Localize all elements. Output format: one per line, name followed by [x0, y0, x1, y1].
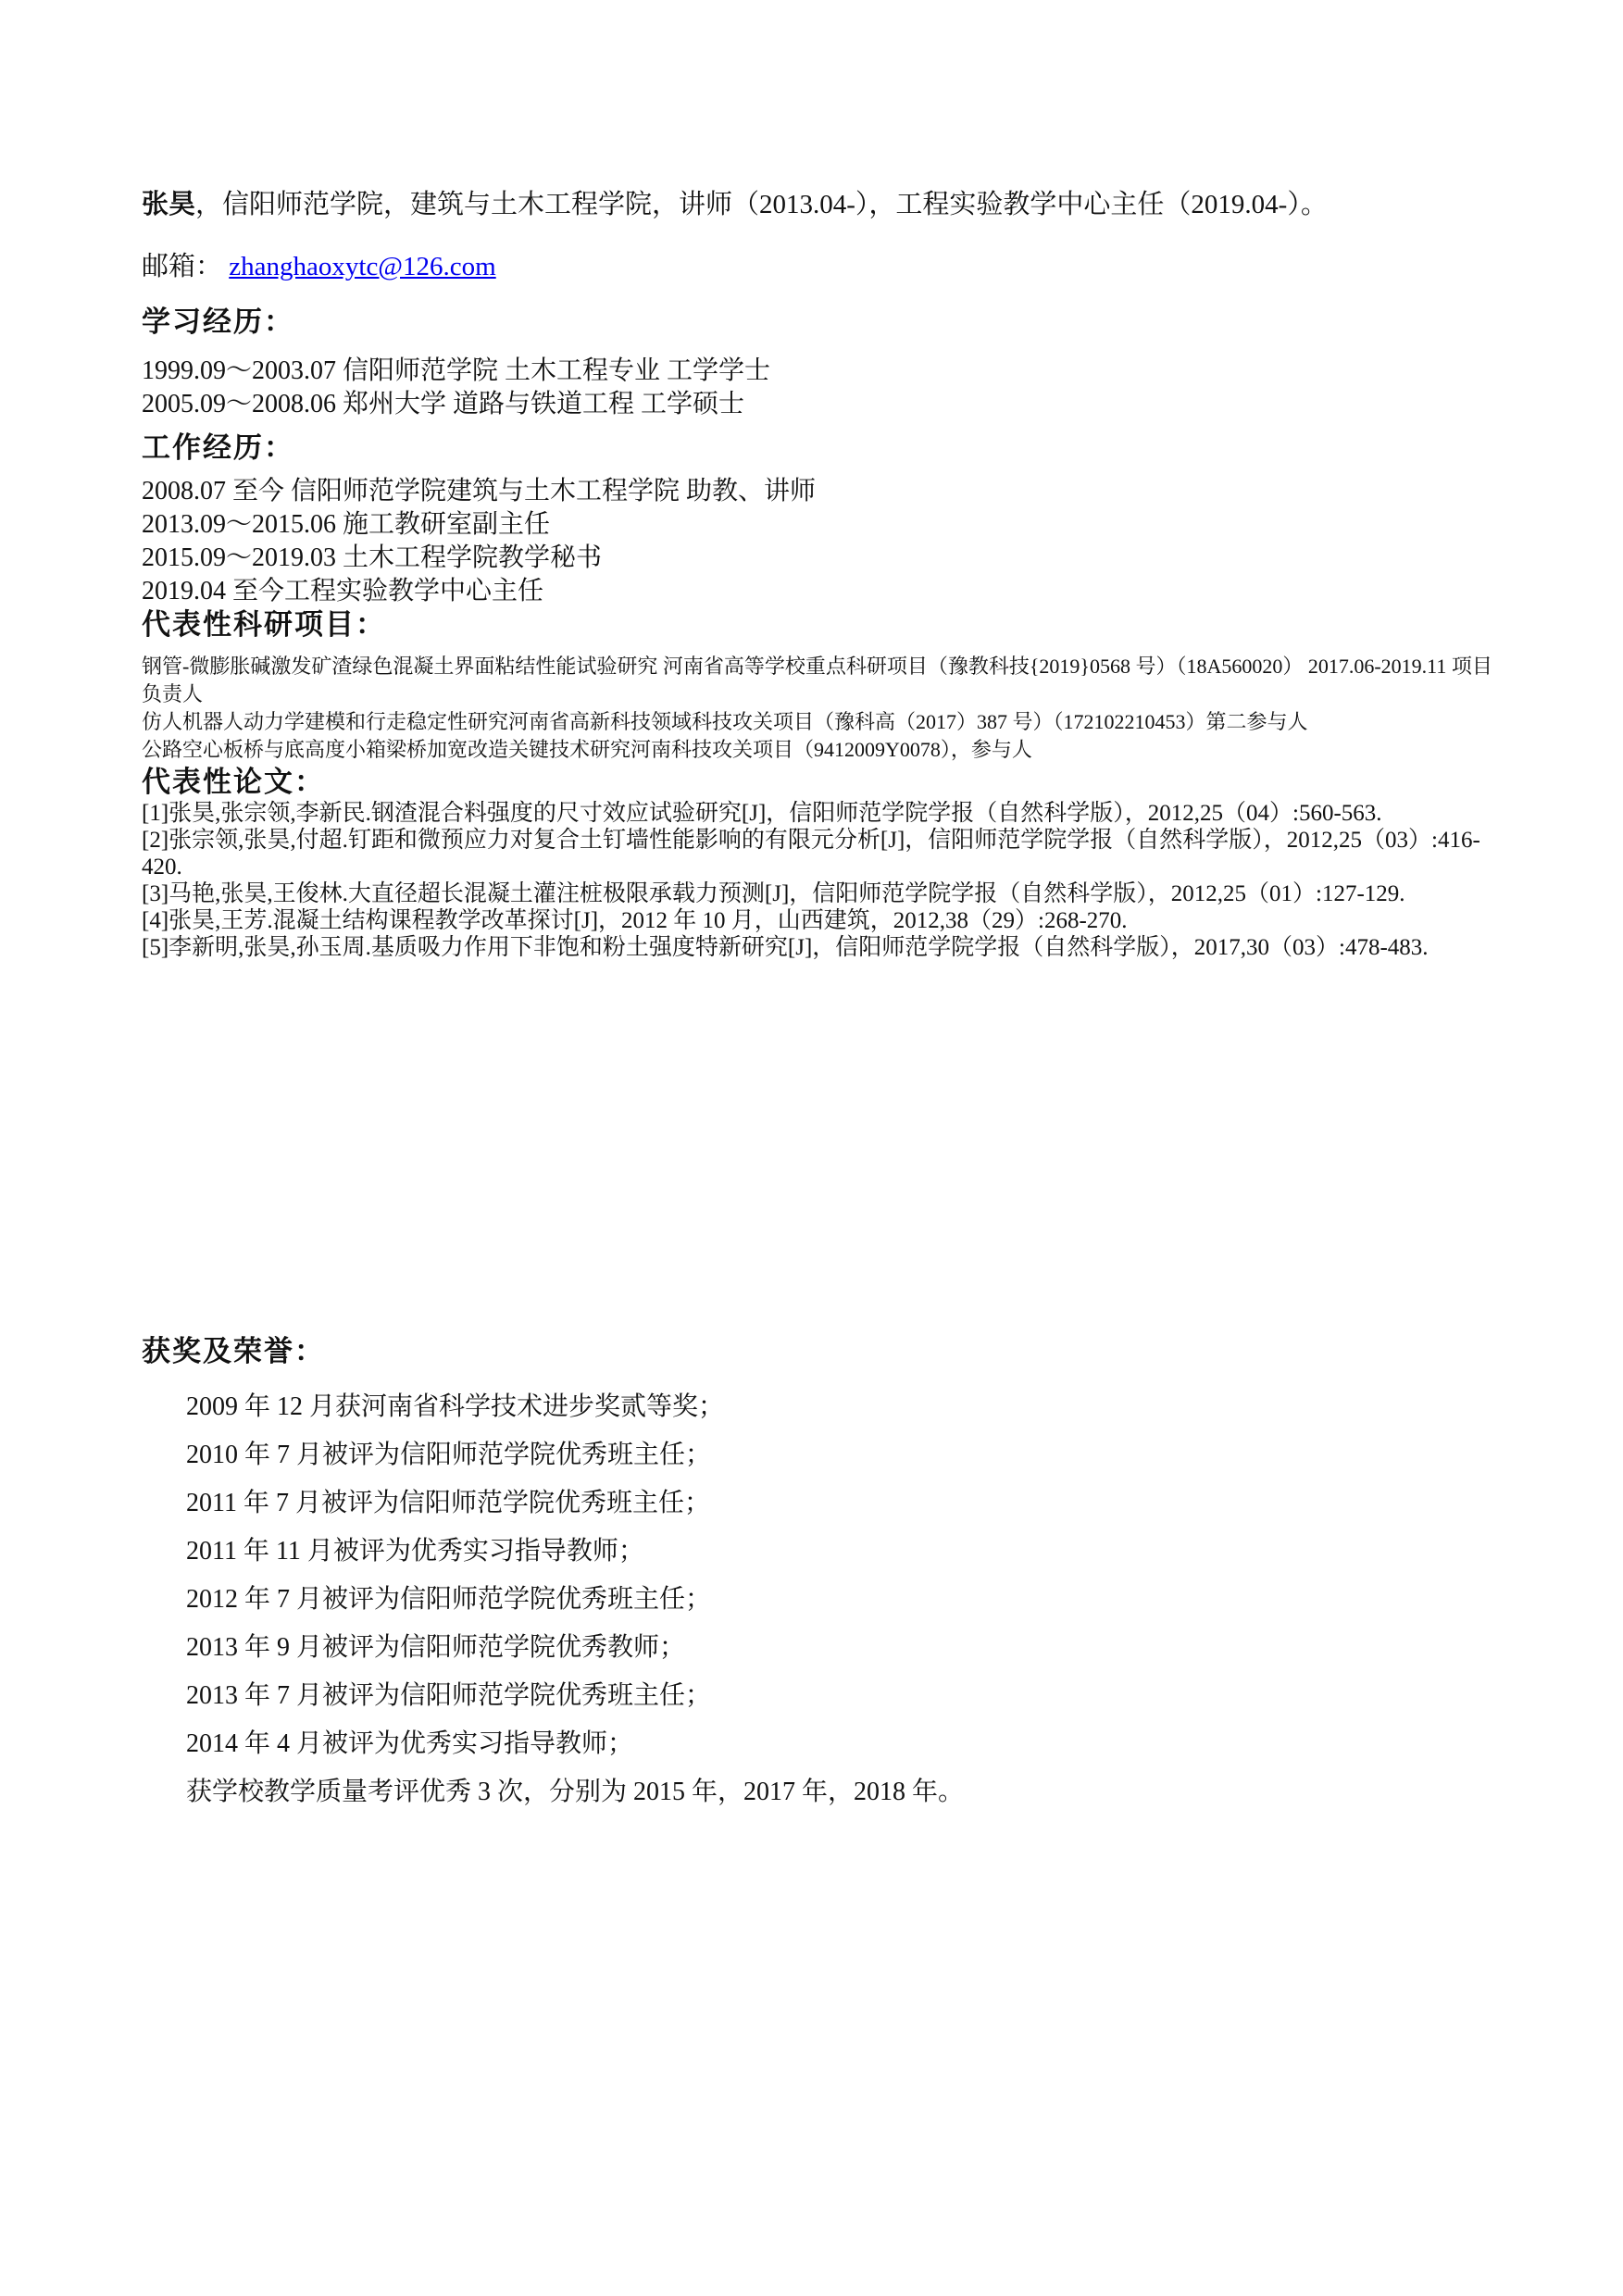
award-item: 2009 年 12 月获河南省科学技术进步奖贰等奖；: [142, 1393, 1493, 1421]
section-heading-papers: 代表性论文：: [142, 766, 325, 799]
award-item: 2013 年 9 月被评为信阳师范学院优秀教师；: [142, 1634, 1493, 1662]
work-item: 2019.04 至今工程实验教学中心主任: [142, 575, 1493, 608]
section-heading-projects: 代表性科研项目：: [142, 608, 386, 642]
papers-list: [1]张昊,张宗领,李新民.钢渣混合料强度的尺寸效应试验研究[J]，信阳师范学院…: [142, 800, 1493, 961]
education-item: 1999.09～2003.07 信阳师范学院 土木工程专业 工学学士: [142, 355, 1493, 388]
section-heading-work: 工作经历：: [142, 431, 294, 465]
email-link[interactable]: zhanghaoxytc@126.com: [229, 252, 495, 281]
award-item: 获学校教学质量考评优秀 3 次，分别为 2015 年，2017 年，2018 年…: [142, 1778, 1493, 1806]
work-item: 2008.07 至今 信阳师范学院建筑与土木工程学院 助教、讲师: [142, 475, 1493, 508]
section-heading-awards: 获奖及荣誉：: [142, 1335, 325, 1368]
project-item: 公路空心板桥与底高度小箱梁桥加宽改造关键技术研究河南科技攻关项目（9412009…: [142, 736, 1493, 764]
work-item: 2013.09～2015.06 施工教研室副主任: [142, 508, 1493, 542]
paper-item: [4]张昊,王芳.混凝土结构课程教学改革探讨[J]，2012 年 10 月，山西…: [142, 907, 1493, 934]
person-name: 张昊: [142, 190, 195, 219]
project-item: 钢管-微膨胀碱激发矿渣绿色混凝土界面粘结性能试验研究 河南省高等学校重点科研项目…: [142, 653, 1493, 708]
resume-document: 张昊，信阳师范学院，建筑与土木工程学院，讲师（2013.04-），工程实验教学中…: [0, 0, 1623, 2296]
paper-item: [3]马艳,张昊,王俊林.大直径超长混凝土灌注桩极限承载力预测[J]，信阳师范学…: [142, 880, 1493, 907]
education-item: 2005.09～2008.06 郑州大学 道路与铁道工程 工学硕士: [142, 388, 1493, 421]
projects-list: 钢管-微膨胀碱激发矿渣绿色混凝土界面粘结性能试验研究 河南省高等学校重点科研项目…: [142, 653, 1493, 764]
award-item: 2011 年 7 月被评为信阳师范学院优秀班主任；: [142, 1490, 1493, 1517]
project-item: 仿人机器人动力学建模和行走稳定性研究河南省高新科技领域科技攻关项目（豫科高（20…: [142, 708, 1493, 736]
work-list: 2008.07 至今 信阳师范学院建筑与土木工程学院 助教、讲师 2013.09…: [142, 475, 1493, 608]
education-list: 1999.09～2003.07 信阳师范学院 土木工程专业 工学学士 2005.…: [142, 355, 1493, 421]
paper-item: [2]张宗领,张昊,付超.钉距和微预应力对复合土钉墙性能影响的有限元分析[J]，…: [142, 827, 1493, 880]
paper-item: [5]李新明,张昊,孙玉周.基质吸力作用下非饱和粉土强度特新研究[J]，信阳师范…: [142, 934, 1493, 961]
award-item: 2013 年 7 月被评为信阳师范学院优秀班主任；: [142, 1682, 1493, 1710]
award-item: 2014 年 4 月被评为优秀实习指导教师；: [142, 1730, 1493, 1758]
award-item: 2012 年 7 月被评为信阳师范学院优秀班主任；: [142, 1586, 1493, 1614]
award-item: 2010 年 7 月被评为信阳师范学院优秀班主任；: [142, 1441, 1493, 1469]
paper-item: [1]张昊,张宗领,李新民.钢渣混合料强度的尺寸效应试验研究[J]，信阳师范学院…: [142, 800, 1493, 827]
work-item: 2015.09～2019.03 土木工程学院教学秘书: [142, 542, 1493, 575]
intro-description: ，信阳师范学院，建筑与土木工程学院，讲师（2013.04-），工程实验教学中心主…: [195, 190, 1328, 219]
email-label: 邮箱：: [142, 252, 222, 281]
intro-line: 张昊，信阳师范学院，建筑与土木工程学院，讲师（2013.04-），工程实验教学中…: [142, 188, 1493, 221]
awards-list: 2009 年 12 月获河南省科学技术进步奖贰等奖； 2010 年 7 月被评为…: [142, 1393, 1493, 1827]
email-line: 邮箱： zhanghaoxytc@126.com: [142, 250, 1493, 283]
section-heading-education: 学习经历：: [142, 306, 294, 339]
award-item: 2011 年 11 月被评为优秀实习指导教师；: [142, 1538, 1493, 1566]
